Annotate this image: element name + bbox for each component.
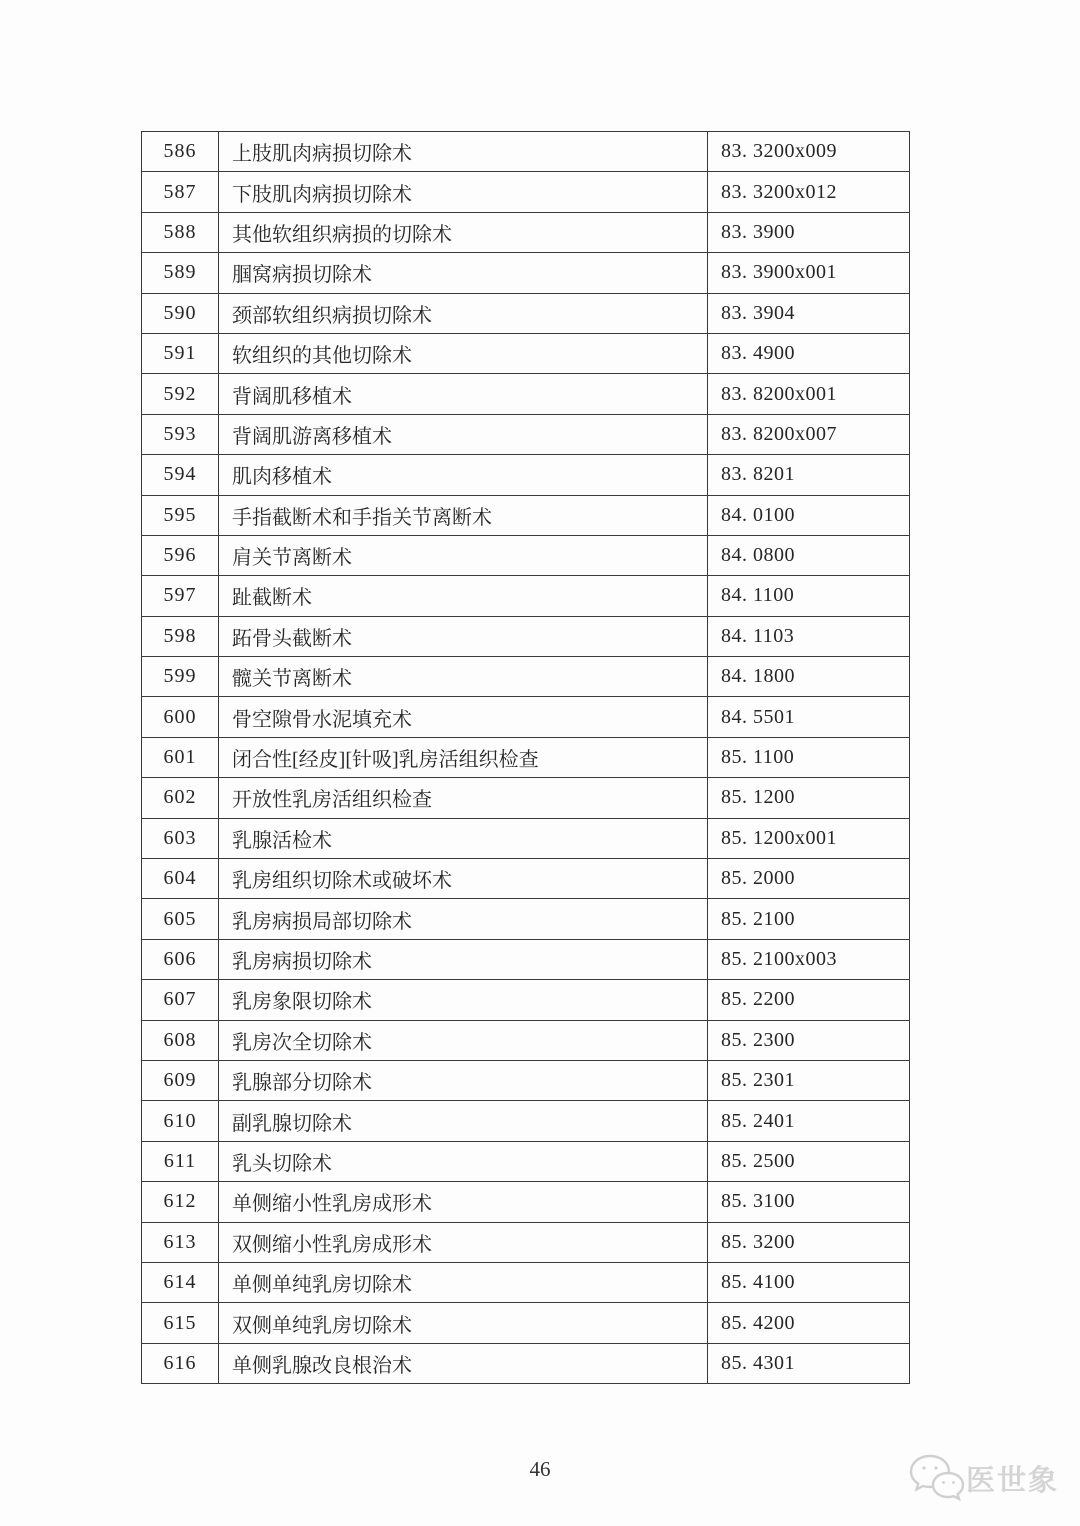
row-number-cell: 612 [142,1182,219,1222]
table-row: 602开放性乳房活组织检查85. 1200 [142,778,910,818]
procedure-code-cell: 83. 8200x007 [708,414,910,454]
table-row: 600骨空隙骨水泥填充术84. 5501 [142,697,910,737]
table-row: 608乳房次全切除术85. 2300 [142,1020,910,1060]
procedure-code-cell: 85. 2000 [708,859,910,899]
procedure-code-cell: 85. 2300 [708,1020,910,1060]
row-number-cell: 589 [142,253,219,293]
procedure-name-cell: 开放性乳房活组织检查 [219,778,708,818]
table-row: 609乳腺部分切除术85. 2301 [142,1060,910,1100]
row-number-cell: 586 [142,132,219,172]
procedure-name-cell: 双侧单纯乳房切除术 [219,1303,708,1343]
row-number-cell: 616 [142,1343,219,1383]
row-number-cell: 598 [142,616,219,656]
procedure-name-cell: 单侧单纯乳房切除术 [219,1262,708,1302]
table-row: 610副乳腺切除术85. 2401 [142,1101,910,1141]
procedure-name-cell: 乳腺部分切除术 [219,1060,708,1100]
procedure-name-cell: 髋关节离断术 [219,657,708,697]
procedure-code-cell: 85. 2500 [708,1141,910,1181]
row-number-cell: 610 [142,1101,219,1141]
procedure-code-cell: 84. 0800 [708,535,910,575]
procedure-name-cell: 其他软组织病损的切除术 [219,212,708,252]
procedure-name-cell: 副乳腺切除术 [219,1101,708,1141]
procedure-name-cell: 单侧缩小性乳房成形术 [219,1182,708,1222]
procedure-code-cell: 83. 3904 [708,293,910,333]
procedure-code-cell: 85. 2100 [708,899,910,939]
procedure-code-cell: 85. 2100x003 [708,939,910,979]
row-number-cell: 596 [142,535,219,575]
table-row: 605乳房病损局部切除术85. 2100 [142,899,910,939]
row-number-cell: 614 [142,1262,219,1302]
procedure-name-cell: 颈部软组织病损切除术 [219,293,708,333]
procedure-code-cell: 85. 4200 [708,1303,910,1343]
procedure-code-cell: 85. 2401 [708,1101,910,1141]
table-row: 607乳房象限切除术85. 2200 [142,980,910,1020]
procedure-name-cell: 腘窝病损切除术 [219,253,708,293]
table-row: 612单侧缩小性乳房成形术85. 3100 [142,1182,910,1222]
procedure-code-cell: 84. 1103 [708,616,910,656]
table-row: 586上肢肌肉病损切除术83. 3200x009 [142,132,910,172]
procedure-code-cell: 83. 3900x001 [708,253,910,293]
row-number-cell: 587 [142,172,219,212]
table-row: 588其他软组织病损的切除术83. 3900 [142,212,910,252]
table-row: 596肩关节离断术84. 0800 [142,535,910,575]
table-row: 590颈部软组织病损切除术83. 3904 [142,293,910,333]
table-row: 591软组织的其他切除术83. 4900 [142,333,910,373]
procedure-code-table: 586上肢肌肉病损切除术83. 3200x009587下肢肌肉病损切除术83. … [141,131,910,1384]
procedure-name-cell: 乳房病损切除术 [219,939,708,979]
table-row: 614单侧单纯乳房切除术85. 4100 [142,1262,910,1302]
procedure-name-cell: 乳房病损局部切除术 [219,899,708,939]
row-number-cell: 608 [142,1020,219,1060]
procedure-code-cell: 84. 5501 [708,697,910,737]
table-row: 606乳房病损切除术85. 2100x003 [142,939,910,979]
procedure-name-cell: 肌肉移植术 [219,455,708,495]
table-row: 616单侧乳腺改良根治术85. 4301 [142,1343,910,1383]
table-row: 601闭合性[经皮][针吸]乳房活组织检查85. 1100 [142,737,910,777]
procedure-code-cell: 83. 4900 [708,333,910,373]
procedure-name-cell: 乳房象限切除术 [219,980,708,1020]
procedure-code-cell: 85. 1200 [708,778,910,818]
table-row: 589腘窝病损切除术83. 3900x001 [142,253,910,293]
row-number-cell: 602 [142,778,219,818]
procedure-code-cell: 84. 1800 [708,657,910,697]
document-page: 586上肢肌肉病损切除术83. 3200x009587下肢肌肉病损切除术83. … [0,0,1080,1526]
table-row: 604乳房组织切除术或破坏术85. 2000 [142,859,910,899]
row-number-cell: 606 [142,939,219,979]
row-number-cell: 604 [142,859,219,899]
table-row: 587下肢肌肉病损切除术83. 3200x012 [142,172,910,212]
procedure-name-cell: 软组织的其他切除术 [219,333,708,373]
procedure-code-cell: 85. 1100 [708,737,910,777]
procedure-code-cell: 85. 2301 [708,1060,910,1100]
row-number-cell: 613 [142,1222,219,1262]
table-row: 611乳头切除术85. 2500 [142,1141,910,1181]
procedure-code-cell: 84. 0100 [708,495,910,535]
procedure-code-cell: 83. 3200x012 [708,172,910,212]
procedure-code-cell: 83. 3200x009 [708,132,910,172]
table-row: 599髋关节离断术84. 1800 [142,657,910,697]
procedure-code-cell: 85. 2200 [708,980,910,1020]
procedure-name-cell: 闭合性[经皮][针吸]乳房活组织检查 [219,737,708,777]
row-number-cell: 600 [142,697,219,737]
row-number-cell: 607 [142,980,219,1020]
row-number-cell: 597 [142,576,219,616]
brand-watermark: 医世象 [908,1448,1080,1508]
procedure-name-cell: 跖骨头截断术 [219,616,708,656]
wechat-icon [908,1452,966,1504]
procedure-code-cell: 83. 8200x001 [708,374,910,414]
procedure-name-cell: 单侧乳腺改良根治术 [219,1343,708,1383]
row-number-cell: 595 [142,495,219,535]
row-number-cell: 592 [142,374,219,414]
procedure-name-cell: 骨空隙骨水泥填充术 [219,697,708,737]
procedure-code-cell: 84. 1100 [708,576,910,616]
procedure-name-cell: 上肢肌肉病损切除术 [219,132,708,172]
procedure-name-cell: 背阔肌游离移植术 [219,414,708,454]
row-number-cell: 605 [142,899,219,939]
row-number-cell: 611 [142,1141,219,1181]
procedure-name-cell: 下肢肌肉病损切除术 [219,172,708,212]
procedure-code-cell: 83. 3900 [708,212,910,252]
row-number-cell: 591 [142,333,219,373]
procedure-name-cell: 肩关节离断术 [219,535,708,575]
table-row: 613双侧缩小性乳房成形术85. 3200 [142,1222,910,1262]
row-number-cell: 599 [142,657,219,697]
procedure-name-cell: 乳腺活检术 [219,818,708,858]
procedure-name-cell: 趾截断术 [219,576,708,616]
procedure-code-cell: 85. 3200 [708,1222,910,1262]
procedure-name-cell: 背阔肌移植术 [219,374,708,414]
procedure-code-cell: 83. 8201 [708,455,910,495]
table-row: 615双侧单纯乳房切除术85. 4200 [142,1303,910,1343]
procedure-code-cell: 85. 4100 [708,1262,910,1302]
table-row: 594肌肉移植术83. 8201 [142,455,910,495]
table-row: 597趾截断术84. 1100 [142,576,910,616]
row-number-cell: 609 [142,1060,219,1100]
row-number-cell: 594 [142,455,219,495]
brand-name: 医世象 [966,1458,1059,1499]
row-number-cell: 615 [142,1303,219,1343]
row-number-cell: 593 [142,414,219,454]
procedure-name-cell: 乳房组织切除术或破坏术 [219,859,708,899]
table-row: 603乳腺活检术85. 1200x001 [142,818,910,858]
procedure-name-cell: 手指截断术和手指关节离断术 [219,495,708,535]
procedure-name-cell: 乳头切除术 [219,1141,708,1181]
row-number-cell: 601 [142,737,219,777]
procedure-code-cell: 85. 3100 [708,1182,910,1222]
table-row: 598跖骨头截断术84. 1103 [142,616,910,656]
procedure-code-cell: 85. 4301 [708,1343,910,1383]
table-row: 593背阔肌游离移植术83. 8200x007 [142,414,910,454]
procedure-table-body: 586上肢肌肉病损切除术83. 3200x009587下肢肌肉病损切除术83. … [142,132,910,1384]
row-number-cell: 590 [142,293,219,333]
procedure-name-cell: 双侧缩小性乳房成形术 [219,1222,708,1262]
row-number-cell: 588 [142,212,219,252]
table-row: 592背阔肌移植术83. 8200x001 [142,374,910,414]
row-number-cell: 603 [142,818,219,858]
procedure-code-cell: 85. 1200x001 [708,818,910,858]
table-row: 595手指截断术和手指关节离断术84. 0100 [142,495,910,535]
procedure-name-cell: 乳房次全切除术 [219,1020,708,1060]
